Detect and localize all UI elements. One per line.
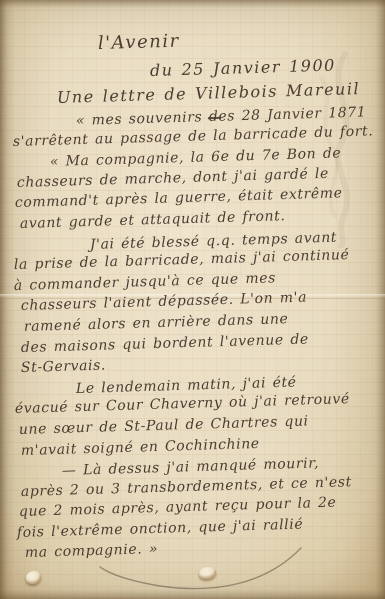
letter-photo: l'Avenirdu 25 Janvier 1900Une lettre de … xyxy=(0,0,385,599)
manuscript-lines: l'Avenirdu 25 Janvier 1900Une lettre de … xyxy=(0,30,385,564)
